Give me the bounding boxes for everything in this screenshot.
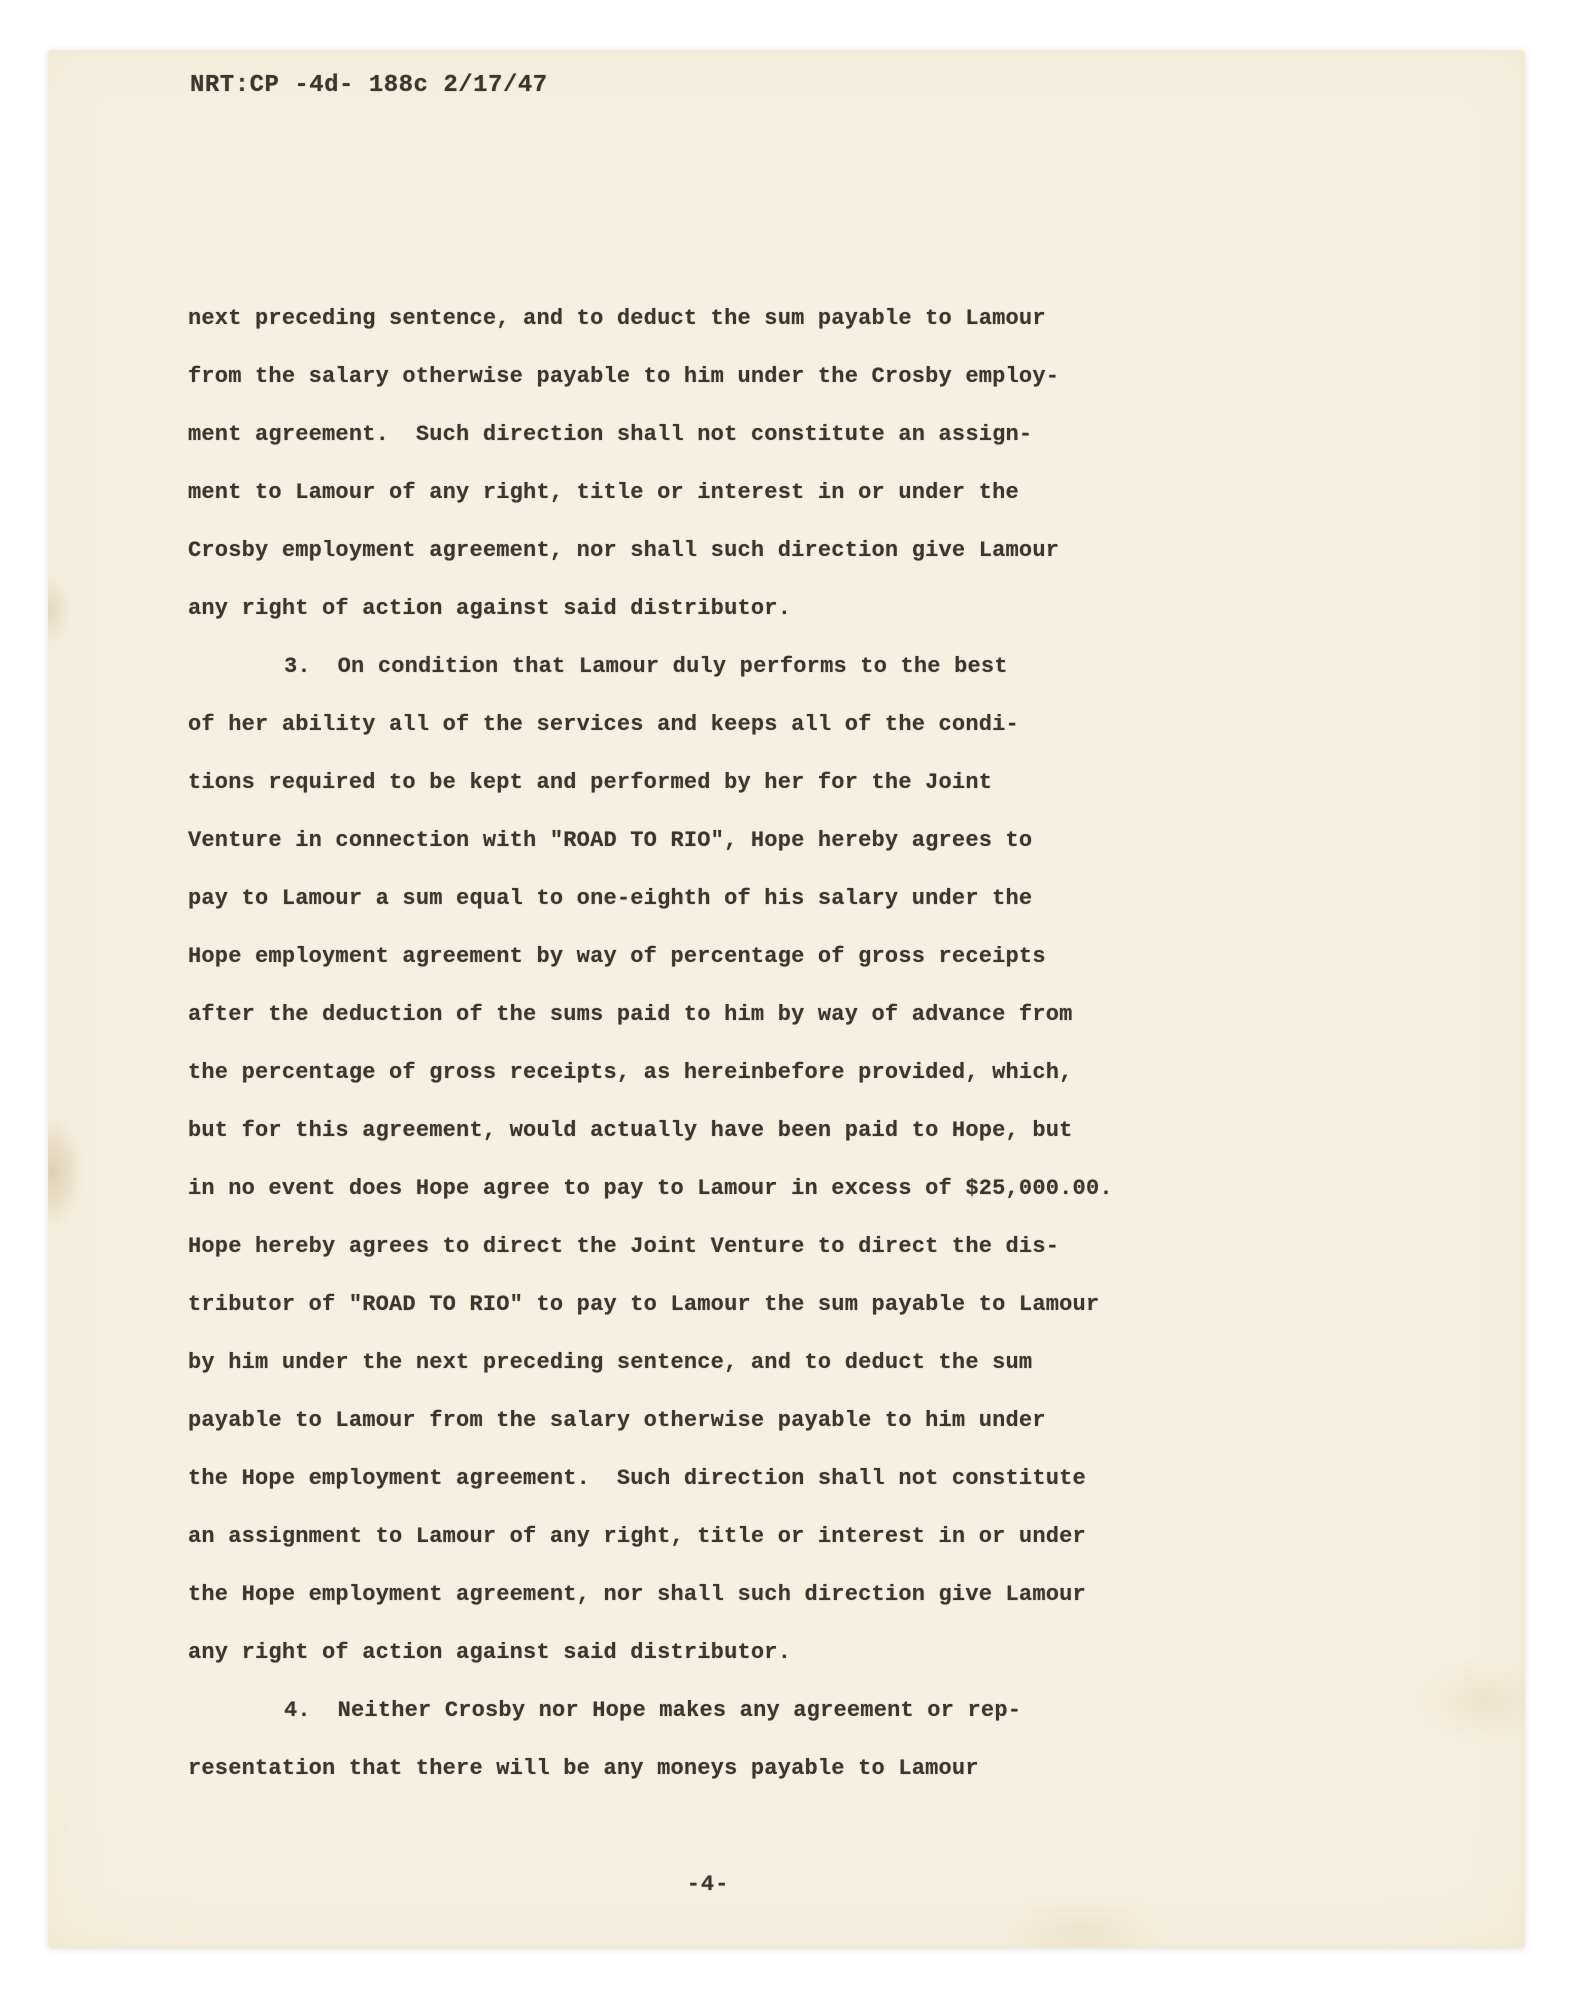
typed-line: Hope hereby agrees to direct the Joint V… <box>188 1218 1188 1276</box>
typed-line: resentation that there will be any money… <box>188 1740 1188 1798</box>
typed-line: the Hope employment agreement. Such dire… <box>188 1450 1188 1508</box>
typed-line: Hope employment agreement by way of perc… <box>188 928 1188 986</box>
document-body: next preceding sentence, and to deduct t… <box>188 290 1188 1798</box>
typed-line: the Hope employment agreement, nor shall… <box>188 1566 1188 1624</box>
typed-line: by him under the next preceding sentence… <box>188 1334 1188 1392</box>
document-reference-line: NRT:CP -4d- 188c 2/17/47 <box>190 63 548 109</box>
typed-line: ment to Lamour of any right, title or in… <box>188 464 1188 522</box>
typed-line: Venture in connection with "ROAD TO RIO"… <box>188 812 1188 870</box>
typed-line: but for this agreement, would actually h… <box>188 1102 1188 1160</box>
typed-line: 3. On condition that Lamour duly perform… <box>188 638 1188 696</box>
scan-background: NRT:CP -4d- 188c 2/17/47 next preceding … <box>0 0 1585 2000</box>
typed-line: of her ability all of the services and k… <box>188 696 1188 754</box>
typed-line: the percentage of gross receipts, as her… <box>188 1044 1188 1102</box>
typed-line: payable to Lamour from the salary otherw… <box>188 1392 1188 1450</box>
typed-line: after the deduction of the sums paid to … <box>188 986 1188 1044</box>
typed-line: an assignment to Lamour of any right, ti… <box>188 1508 1188 1566</box>
typed-line: Crosby employment agreement, nor shall s… <box>188 522 1188 580</box>
document-page: NRT:CP -4d- 188c 2/17/47 next preceding … <box>48 50 1525 1948</box>
typed-line: from the salary otherwise payable to him… <box>188 348 1188 406</box>
typed-line: ment agreement. Such direction shall not… <box>188 406 1188 464</box>
typed-line: pay to Lamour a sum equal to one-eighth … <box>188 870 1188 928</box>
typed-line: any right of action against said distrib… <box>188 580 1188 638</box>
typed-line: in no event does Hope agree to pay to La… <box>188 1160 1188 1218</box>
typed-line: tions required to be kept and performed … <box>188 754 1188 812</box>
typed-line: 4. Neither Crosby nor Hope makes any agr… <box>188 1682 1188 1740</box>
typed-line: next preceding sentence, and to deduct t… <box>188 290 1188 348</box>
page-number: -4- <box>608 1872 808 1897</box>
typed-line: any right of action against said distrib… <box>188 1624 1188 1682</box>
typed-line: tributor of "ROAD TO RIO" to pay to Lamo… <box>188 1276 1188 1334</box>
